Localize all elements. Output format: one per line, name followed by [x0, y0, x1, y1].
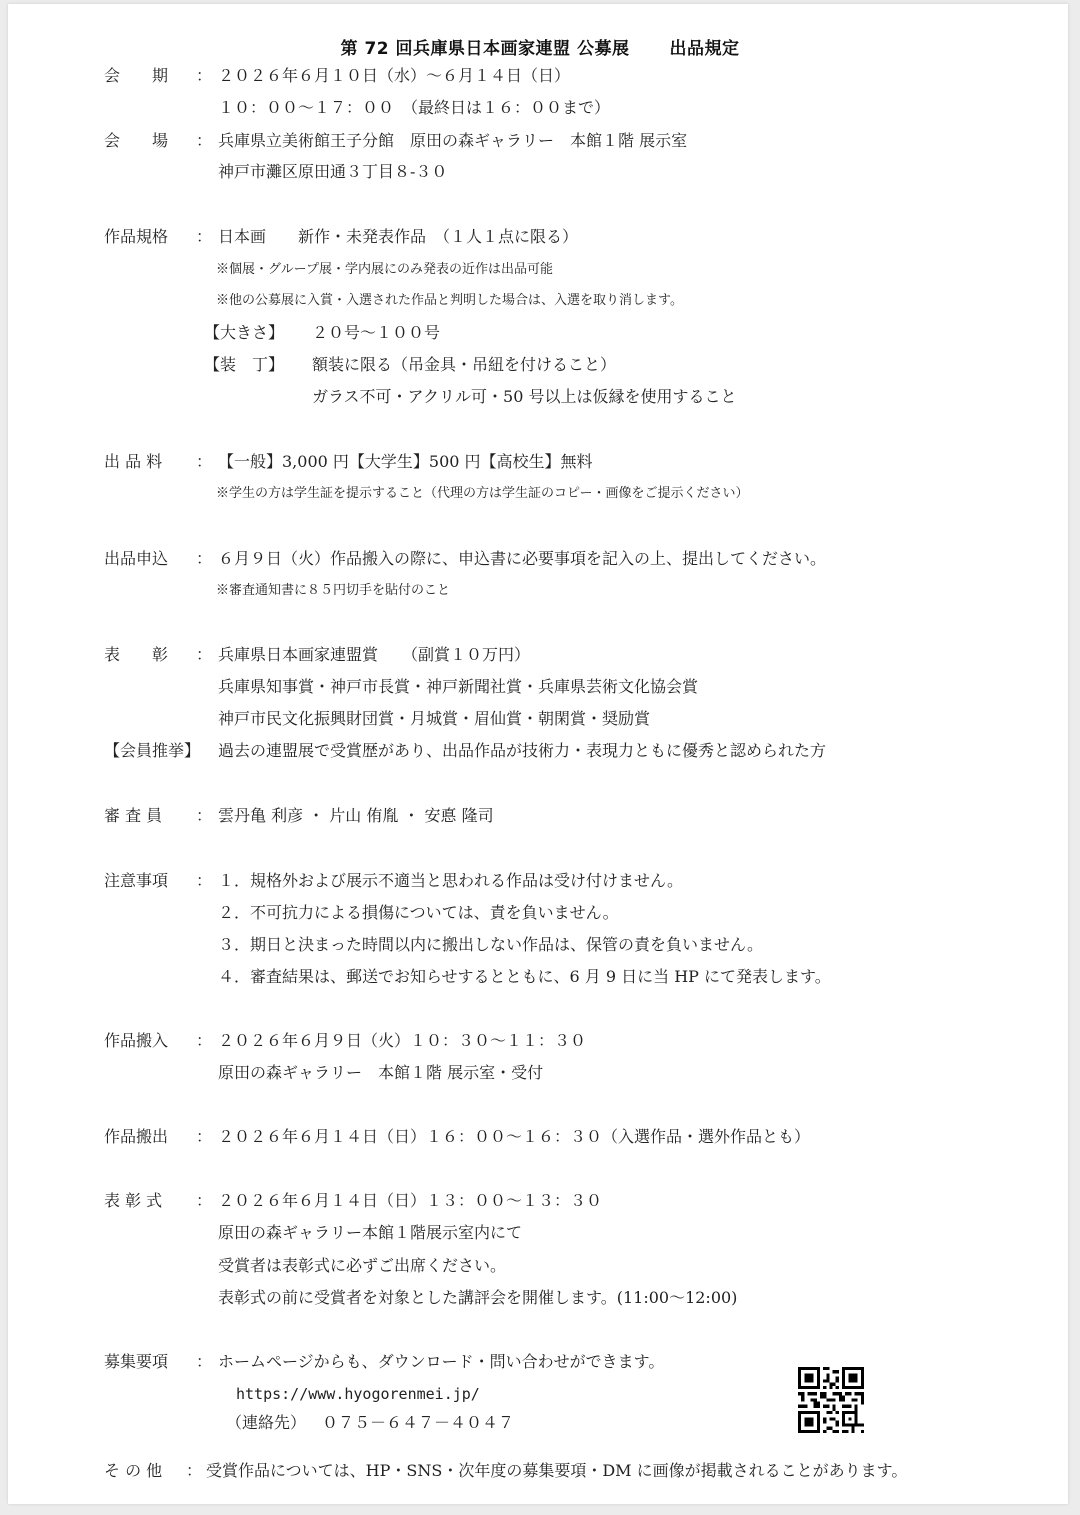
title-sub: 出品規定 — [669, 39, 739, 59]
colon: ： — [196, 1127, 212, 1147]
colon: ： — [196, 549, 212, 569]
colon: ： — [196, 1352, 212, 1372]
colon: ： — [196, 131, 212, 151]
caution-item: ３．期日と決まった時間以内に搬出しない作品は、保管の責を負いません。 — [218, 935, 763, 955]
frame-label: 【装 丁】 — [204, 355, 284, 375]
fee-label: 出 品 料 — [104, 452, 162, 472]
colon: ： — [196, 871, 212, 891]
awards-label: 表 彰 — [104, 645, 168, 665]
frame-rule: ガラス不可・アクリル可・50 号以上は仮縁を使用すること — [312, 387, 737, 407]
size-label: 【大きさ】 — [204, 323, 284, 343]
member-recommendation-label: 【会員推挙】 — [104, 741, 200, 761]
spec-label: 作品規格 — [104, 227, 168, 247]
judges-names: 雲丹亀 利彦 ・ 片山 侑胤 ・ 安悳 隆司 — [218, 806, 494, 826]
colon: ： — [196, 452, 212, 472]
venue-address: 神戸市灘区原田通３丁目８-３０ — [218, 162, 447, 182]
colon: ： — [196, 806, 212, 826]
colon: ： — [196, 1031, 212, 1051]
application-text: ６月９日（火）作品搬入の際に、申込書に必要事項を記入の上、提出してください。 — [218, 549, 826, 569]
recruitment-label: 募集要項 — [104, 1352, 168, 1372]
delivery-in-datetime: ２０２６年６月９日（火）１０：３０～１１：３０ — [218, 1031, 586, 1051]
application-label: 出品申込 — [104, 549, 168, 569]
award-line: 兵庫県知事賞・神戸市長賞・神戸新聞社賞・兵庫県芸術文化協会賞 — [218, 677, 698, 697]
delivery-in-place: 原田の森ギャラリー 本館１階 展示室・受付 — [218, 1063, 543, 1083]
ceremony-attendance: 受賞者は表彰式に必ずご出席ください。 — [218, 1256, 506, 1276]
application-note: ※審査通知書に８５円切手を貼付のこと — [216, 581, 450, 601]
size-value: ２０号～１００号 — [312, 323, 440, 343]
other-label: そ の 他 — [104, 1461, 162, 1481]
ceremony-critique: 表彰式の前に受賞者を対象とした講評会を開催します。(11:00～12:00) — [218, 1288, 737, 1308]
venue-label: 会 場 — [104, 131, 168, 151]
spec-note: ※個展・グループ展・学内展にのみ発表の近作は出品可能 — [216, 260, 553, 280]
contact-label: （連絡先） — [226, 1413, 306, 1433]
qr-code-icon[interactable] — [798, 1367, 864, 1433]
contact-phone: ０７５－６４７－４０４７ — [322, 1413, 514, 1433]
title-main: 第 72 回兵庫県日本画家連盟 公募展 — [341, 39, 630, 59]
fee-note: ※学生の方は学生証を提示すること（代理の方は学生証のコピー・画像をご提示ください… — [216, 484, 748, 504]
caution-item: ２．不可抗力による損傷については、責を負いません。 — [218, 903, 619, 923]
fee-amounts: 【一般】3,000 円【大学生】500 円【高校生】無料 — [218, 452, 593, 472]
other-text: 受賞作品については、HP・SNS・次年度の募集要項・DM に画像が掲載されること… — [206, 1461, 907, 1481]
period-label: 会 期 — [104, 66, 168, 86]
spec-note: ※他の公募展に入賞・入選された作品と判明した場合は、入選を取り消します。 — [216, 291, 683, 311]
colon: ： — [196, 66, 212, 86]
colon: ： — [196, 1191, 212, 1211]
colon: ： — [196, 645, 212, 665]
delivery-in-label: 作品搬入 — [104, 1031, 168, 1051]
website-link[interactable]: https://www.hyogorenmei.jp/ — [236, 1384, 480, 1404]
period-dates: ２０２６年６月１０日（水）～６月１４日（日） — [218, 66, 570, 86]
cautions-label: 注意事項 — [104, 871, 168, 891]
member-recommendation-text: 過去の連盟展で受賞歴があり、出品作品が技術力・表現力ともに優秀と認められた方 — [218, 741, 826, 761]
page-title: 第 72 回兵庫県日本画家連盟 公募展出品規定 — [0, 34, 1080, 59]
ceremony-datetime: ２０２６年６月１４日（日）１３：００～１３：３０ — [218, 1191, 602, 1211]
delivery-out-datetime: ２０２６年６月１４日（日）１６：００～１６：３０（入選作品・選外作品とも） — [218, 1127, 810, 1147]
colon: ： — [196, 227, 212, 247]
spec-main: 日本画 新作・未発表作品 （１人１点に限る） — [218, 227, 578, 247]
venue-name: 兵庫県立美術館王子分館 原田の森ギャラリー 本館１階 展示室 — [218, 131, 687, 151]
period-hours: １０：００～１７：００ （最終日は１６：００まで） — [218, 98, 610, 118]
award-line: 神戸市民文化振興財団賞・月城賞・眉仙賞・朝閑賞・奨励賞 — [218, 709, 650, 729]
award-line: 兵庫県日本画家連盟賞 （副賞１０万円） — [218, 645, 530, 665]
delivery-out-label: 作品搬出 — [104, 1127, 168, 1147]
frame-rule: 額装に限る（吊金具・吊紐を付けること） — [312, 355, 616, 375]
ceremony-label: 表 彰 式 — [104, 1191, 162, 1211]
ceremony-place: 原田の森ギャラリー本館１階展示室内にて — [218, 1223, 522, 1243]
recruitment-text: ホームページからも、ダウンロード・問い合わせができます。 — [218, 1352, 664, 1372]
colon: ： — [186, 1461, 202, 1481]
caution-item: ４．審査結果は、郵送でお知らせするとともに、6 月 9 日に当 HP にて発表し… — [218, 967, 831, 987]
caution-item: １．規格外および展示不適当と思われる作品は受け付けません。 — [218, 871, 683, 891]
judges-label: 審 査 員 — [104, 806, 162, 826]
